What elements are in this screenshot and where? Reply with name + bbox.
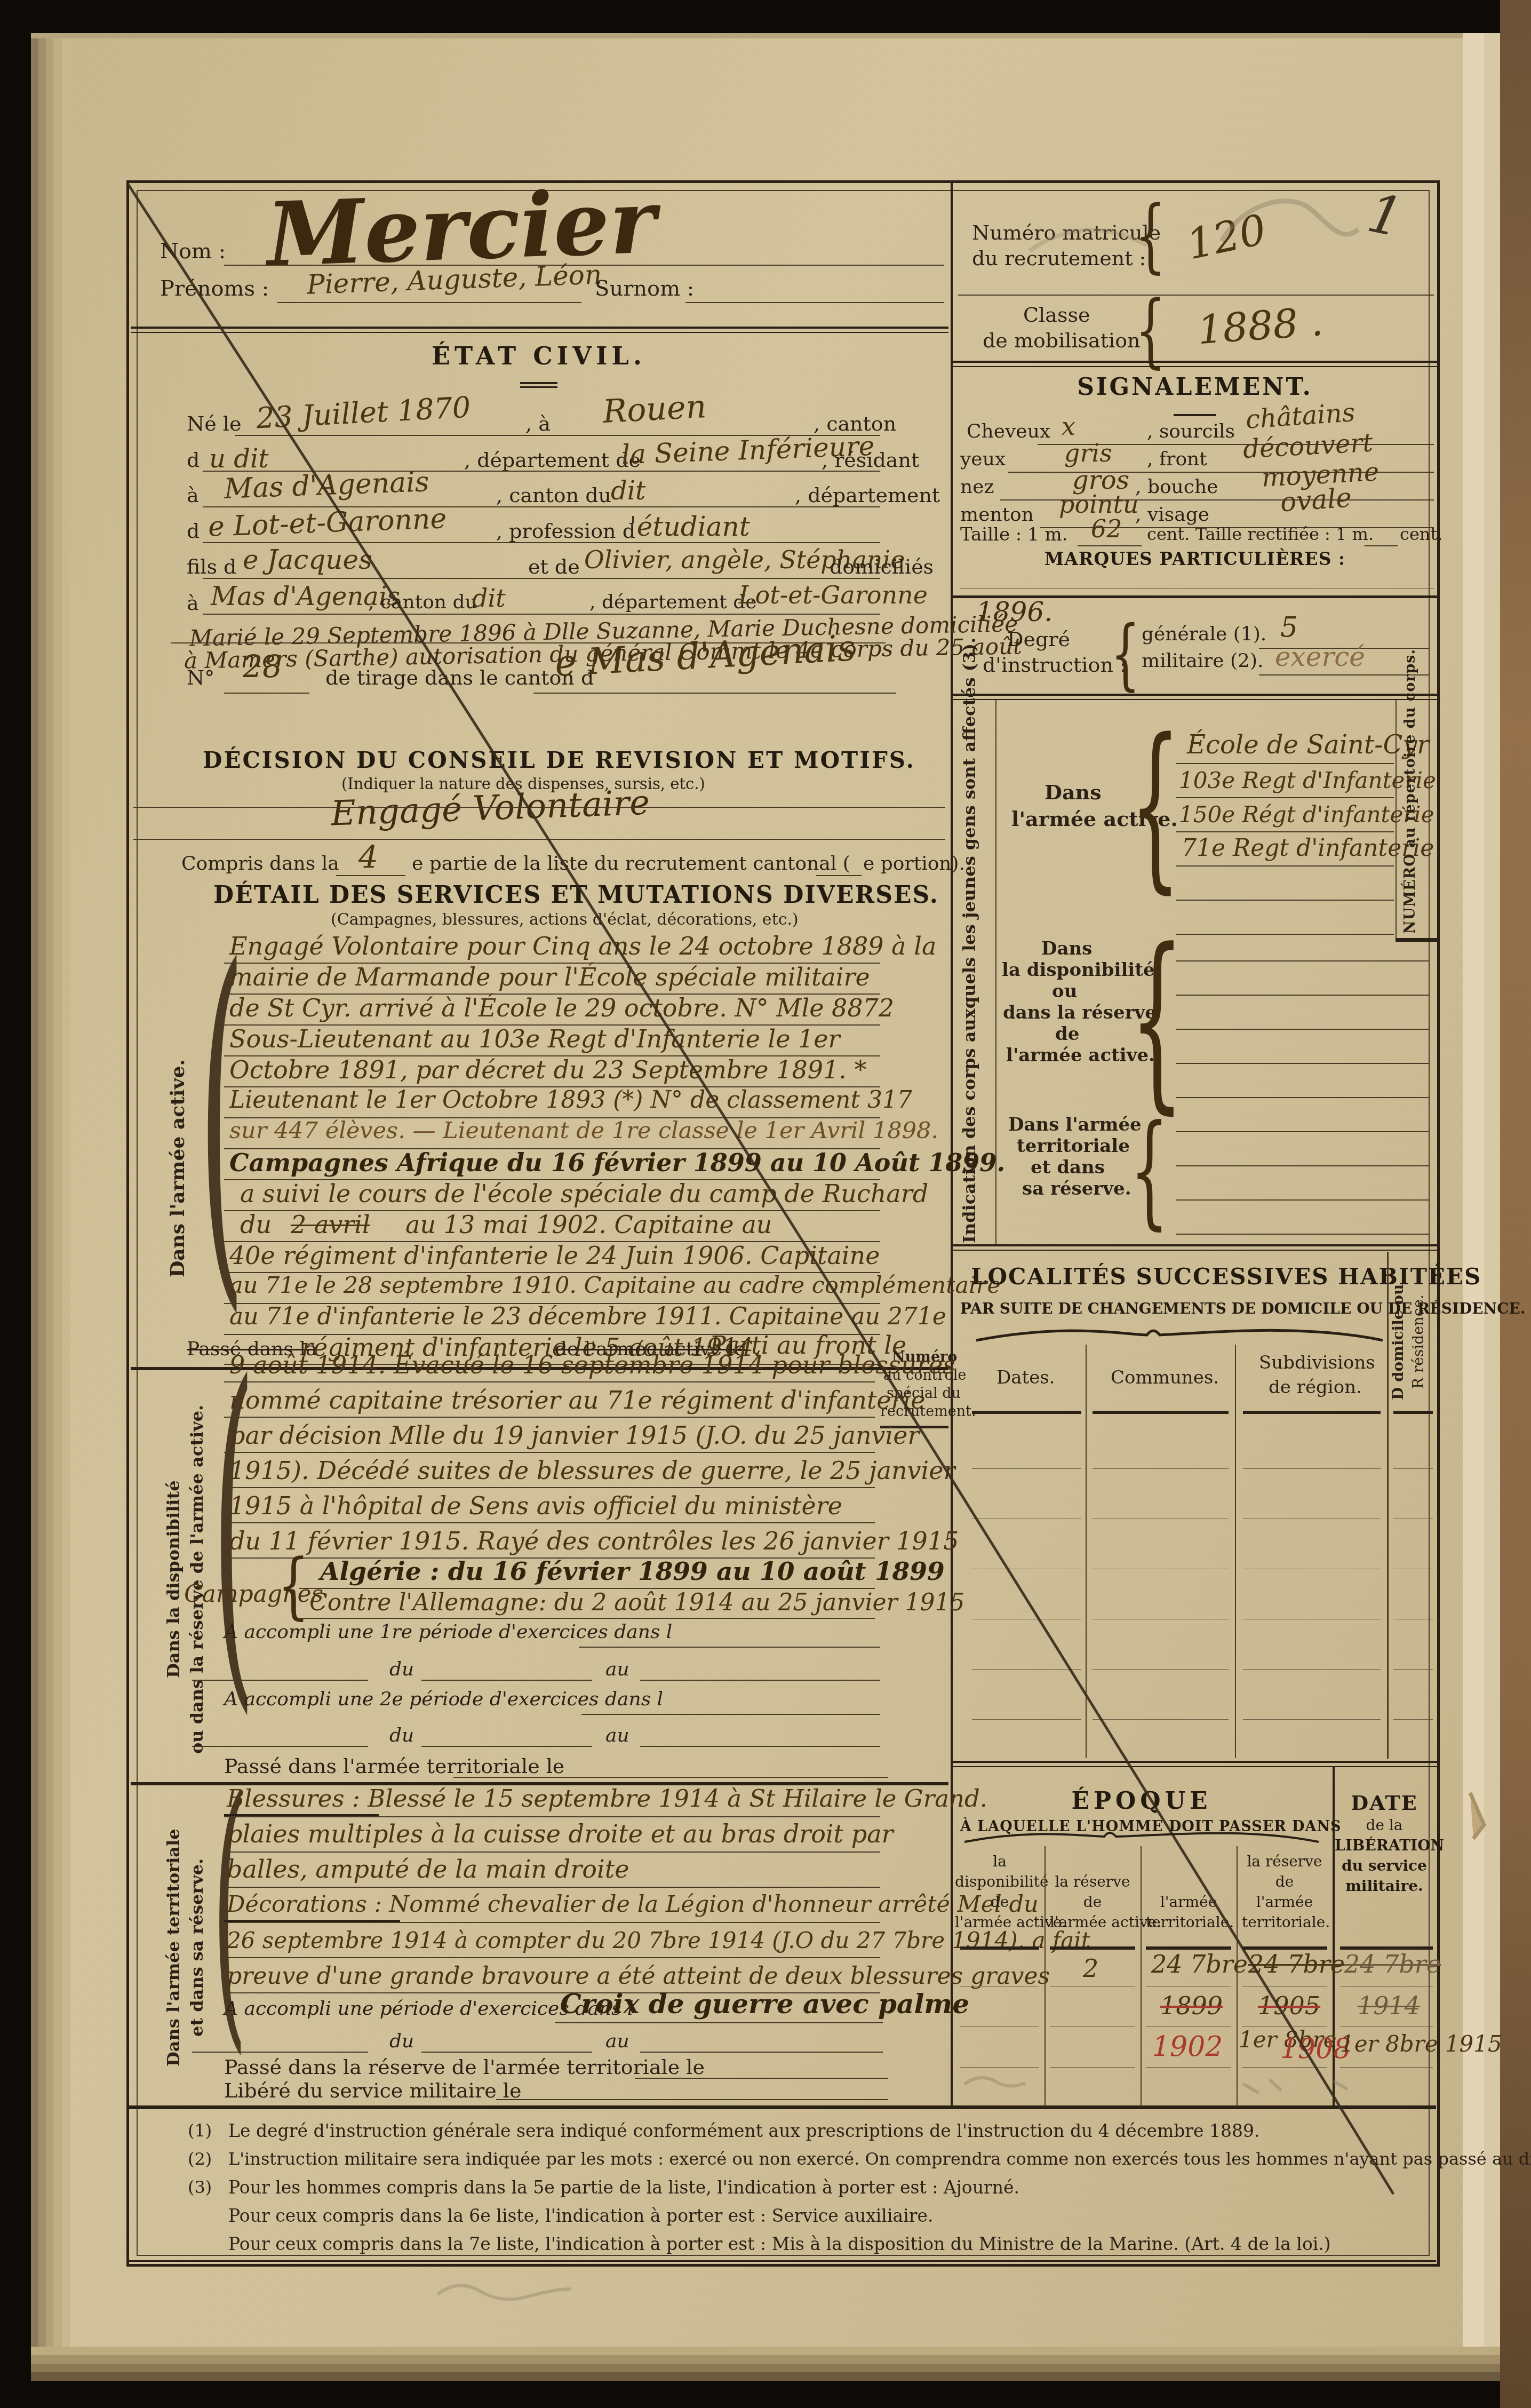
date-header-4: militaire. [1335, 1877, 1434, 1895]
sourcils-label: , sourcils [1147, 420, 1235, 442]
surnom-line [685, 302, 944, 303]
terr-line: balles, amputé de la main droite [227, 1855, 629, 1884]
localites-vline-dr [1387, 1252, 1389, 1759]
corps-rule [1176, 960, 1430, 961]
campagne-rule [299, 1618, 875, 1619]
epoque-row-line [960, 2067, 1039, 2068]
canton-value: u dit [209, 444, 269, 474]
localites-subtitle: PAR SUITE DE CHANGEMENTS DE DOMICILE OU … [960, 1300, 1382, 1317]
corps-rule [1176, 1063, 1430, 1064]
libere-label: Libéré du service militaire le [224, 2079, 521, 2102]
dispo-rule [224, 1417, 875, 1418]
epoque-r1c4: 24 7bre [1248, 1950, 1345, 1978]
sign-rule [1078, 545, 1142, 546]
signalement-title: SIGNALEMENT. [1014, 373, 1376, 401]
date-header-2: LIBÉRATION [1335, 1837, 1434, 1854]
localites-header-underline [972, 1411, 1081, 1414]
epoque-r1c5: 24 7bre [1344, 1950, 1441, 1978]
note-1896: 1896. [976, 597, 1052, 627]
epoque-header-underline [1050, 1946, 1135, 1950]
field-line [581, 1714, 880, 1715]
matricule-label-2: du recrutement : [972, 247, 1146, 270]
passe-territoriale-label: Passé dans l'armée territoriale le [224, 1754, 564, 1778]
dept-prefix: d [187, 519, 200, 543]
corps-vertical-label: Indication des corps auxquels les jeunes… [959, 710, 979, 1243]
du3-label: du [389, 2030, 414, 2052]
col-dr-1: D domicile ou [1389, 1259, 1407, 1425]
epoque-row-line [1340, 2067, 1433, 2068]
epoque-r2c4: 1905 [1258, 1991, 1320, 2020]
cheveux-label: Cheveux [967, 420, 1050, 442]
numero-corps-rule [1396, 700, 1397, 938]
epoque-vline [1044, 1846, 1046, 2107]
epoque-header-underline [960, 1946, 1039, 1950]
terr-rule [224, 1851, 880, 1853]
localites-row-line [1243, 1569, 1381, 1569]
localites-row-line [972, 1569, 1081, 1569]
corps-dispo-label-0: Dans [1041, 938, 1092, 959]
page-bottom-edge [31, 2364, 1500, 2372]
localites-row-line [1393, 1669, 1433, 1670]
field-line [192, 2052, 368, 2053]
localites-row-line [1093, 1468, 1229, 1469]
fils-de-label: fils d [187, 555, 236, 578]
field-line [453, 1777, 888, 1778]
corps-terr-label-1: territoriale [1017, 1135, 1130, 1157]
localites-row-line [1393, 1519, 1433, 1519]
page-bottom-edge [31, 2347, 1500, 2355]
canton3-label: , canton du [368, 591, 477, 613]
degre-label-2: d'instruction : [983, 653, 1127, 677]
localites-row-line [1093, 1569, 1229, 1569]
dispo-line: par décision Mlle du 19 janvier 1915 (J.… [229, 1421, 919, 1450]
localites-header-underline [1393, 1411, 1433, 1414]
sign-rule [1365, 545, 1398, 546]
footnote-1-num: (1) [188, 2120, 212, 2141]
militaire-value: exercé [1275, 641, 1365, 672]
epoque-r2c3: 1899 [1160, 1991, 1223, 2020]
localites-header-underline [1243, 1411, 1381, 1414]
localites-row-line [972, 1519, 1081, 1519]
militaire-label: militaire (2). [1142, 650, 1264, 672]
footnote-top-border [129, 2105, 1436, 2109]
dispo-line: du 11 février 1915. Rayé des contrôles l… [229, 1527, 959, 1555]
epoque-row-line [1146, 2067, 1231, 2068]
matricule-brace: { [1135, 204, 1166, 268]
field-line [533, 693, 896, 694]
epoque-row-line [1146, 2026, 1231, 2027]
domicilies-label: domiciliés [830, 555, 934, 578]
armee-active-side-label: Dans l'armée active. [166, 982, 189, 1355]
page-stack-edge [46, 33, 53, 2347]
bottom-border-thin [129, 2260, 1436, 2262]
epoque-row-line [1146, 1986, 1231, 1986]
localites-top-border [953, 1244, 1438, 1246]
dispo-line: nommé capitaine trésorier au 71e régimen… [229, 1386, 926, 1414]
tirage-canton-label: de tirage dans le canton d [325, 666, 594, 689]
date-header-3: du service [1335, 1857, 1434, 1874]
localites-top-border-2 [953, 1250, 1438, 1251]
service-line: a suivi le cours de l'école spéciale du … [240, 1179, 928, 1208]
column-divider [951, 181, 953, 2108]
binding-gutter [1500, 0, 1531, 2408]
generale-label: générale (1). [1142, 623, 1266, 645]
canton-du-label: , canton du [496, 483, 611, 507]
classe-divider-2 [953, 366, 1438, 367]
instruction-divider [953, 694, 1438, 696]
service-line: Sous-Lieutenant au 103e Regt d'Infanteri… [229, 1024, 840, 1053]
epoque-r3c3: 1902 [1152, 2031, 1223, 2063]
service-line: au 71e le 28 septembre 1910. Capitaine a… [229, 1272, 1001, 1299]
epoque-col1-3: l'armée active. [955, 1913, 1044, 1931]
epoque-row-line [1050, 2026, 1135, 2027]
field-line [336, 875, 405, 876]
instruction-divider-2 [953, 699, 1438, 700]
dispo-rule [224, 1452, 875, 1453]
epoque-row-line [960, 2026, 1039, 2027]
periode2-label: A accompli une 2e période d'exercices da… [224, 1688, 663, 1710]
decision-title: DÉCISION DU CONSEIL DE REVISION ET MOTIF… [203, 747, 875, 773]
field-line [133, 839, 945, 840]
localites-row-line [972, 1719, 1081, 1720]
footnote-3-num: (3) [188, 2177, 212, 2197]
classe-label-2: de mobilisation : [983, 329, 1153, 352]
dispo-line: 1915 à l'hôpital de Sens avis officiel d… [229, 1491, 842, 1520]
epoque-col4-2: l'armée [1242, 1893, 1327, 1911]
corps-rule [1176, 995, 1430, 996]
footnote-3: Pour les hommes compris dans la 5e parti… [228, 2177, 1019, 2198]
terr-line: plaies multiples à la cuisse droite et a… [227, 1819, 894, 1848]
corps-rule [1176, 831, 1394, 832]
terr-rule [224, 1957, 880, 1958]
service-line: Lieutenant le 1er Octobre 1893 (*) N° de… [229, 1086, 912, 1114]
epoque-col2-2: l'armée active. [1050, 1913, 1135, 1931]
page-stack-edge [31, 33, 38, 2347]
corps-rule [1176, 1131, 1430, 1132]
localites-title: LOCALITÉS SUCCESSIVES HABITÉES [971, 1263, 1376, 1290]
localites-row-line [1393, 1468, 1433, 1469]
localites-row-line [972, 1619, 1081, 1619]
pere-value: e Jacques [243, 544, 372, 575]
bouche-label: , bouche [1135, 476, 1218, 498]
nez-label: nez [960, 476, 994, 498]
corps-rule [1176, 1165, 1430, 1166]
localites-row-line [1393, 1619, 1433, 1619]
degre-label-1: Degré [1007, 627, 1070, 651]
yeux-label: yeux [960, 448, 1006, 470]
epoque-vline [1141, 1846, 1142, 2107]
terr-line: preuve d'une grande bravoure a été attei… [227, 1962, 1050, 1990]
periode1-label: A accompli une 1re période d'exercices d… [224, 1621, 672, 1643]
epoque-row-line [1242, 1986, 1327, 1986]
localites-row-line [1243, 1468, 1381, 1469]
service-line: sur 447 élèves. — Lieutenant de 1re clas… [229, 1117, 938, 1144]
corps-rule [1176, 1199, 1430, 1201]
localites-row-line [972, 1669, 1081, 1670]
field-line [192, 1680, 368, 1681]
classe-value: 1888 . [1196, 299, 1325, 353]
localites-vline [1235, 1345, 1236, 1758]
croix-de-guerre-value: Croix de guerre avec palme [560, 1988, 969, 2020]
field-line [640, 1746, 880, 1747]
numero-corps-vertical: NUMÉRO au répertoire du corps. [1402, 726, 1418, 934]
page-bottom-edge [31, 2355, 1500, 2364]
corps-rule [1176, 934, 1394, 935]
taille-label-a: Taille : 1 m. [960, 524, 1068, 545]
naissance-lieu: Rouen [602, 388, 707, 431]
menton-label: menton [960, 504, 1034, 526]
footnote-2: L'instruction militaire sera indiquée pa… [228, 2149, 1531, 2169]
epoque-title: ÉPOQUE [960, 1787, 1323, 1815]
dispo-rule [224, 1381, 875, 1382]
epoque-col3-0: l'armée [1146, 1893, 1231, 1911]
localites-row-line [1243, 1719, 1381, 1720]
numero-corps-stub [1396, 938, 1438, 942]
reserve-terr-label: Passé dans la réserve de l'armée territo… [224, 2055, 705, 2079]
departement-label: , département de [464, 448, 641, 472]
tirage-value: 28 [243, 648, 282, 685]
localites-row-line [1093, 1719, 1229, 1720]
field-line [133, 807, 945, 808]
corps-dispo-label-4: de [1055, 1023, 1079, 1045]
a-label: , à [525, 412, 551, 435]
epoque-r1c3: 24 7bre [1151, 1950, 1248, 1978]
marques-label: MARQUES PARTICULIÈRES : [1014, 549, 1376, 569]
corps-rule [1176, 1234, 1430, 1235]
identity-divider-2 [131, 332, 948, 333]
classe-divider [953, 361, 1438, 363]
localites-row-line [972, 1468, 1081, 1469]
epoque-col2-1: de [1050, 1893, 1135, 1911]
epoque-col1-0: la [955, 1853, 1044, 1870]
footnote-5: Pour ceux compris dans la 7e liste, l'in… [228, 2234, 1331, 2254]
services-subtitle: (Campagnes, blessures, actions d'éclat, … [331, 910, 799, 929]
page-bottom-edge [31, 2372, 1500, 2381]
col-dr-2: R résidence. [1409, 1259, 1427, 1425]
dispo-corps-brace: { [1130, 943, 1184, 1096]
date-header-0: DATE [1335, 1791, 1434, 1815]
corps-terr-label-3: sa réserve. [1022, 1178, 1131, 1199]
localites-row-line [1093, 1669, 1229, 1670]
epoque-r1c2: 2 [1083, 1954, 1098, 1983]
dispo-rule [224, 1487, 875, 1488]
taille-label-c: cent. [1400, 524, 1443, 544]
service-line-struck: 2 avril [291, 1210, 370, 1239]
field-line [958, 295, 1434, 296]
epoque-row-line [1340, 2026, 1433, 2027]
corps-dispo-label-2: ou [1052, 981, 1077, 1002]
localites-row-line [1393, 1569, 1433, 1569]
field-line [421, 1680, 592, 1681]
au2-label: au [605, 1724, 629, 1746]
ne-le-label: Né le [187, 412, 241, 435]
field-line [496, 2099, 888, 2100]
surnom-label: Surnom : [595, 276, 694, 301]
service-line-du: du [240, 1210, 272, 1239]
epoque-subtitle: À LAQUELLE L'HOMME DOIT PASSER DANS [960, 1818, 1323, 1835]
au-label: au [605, 1658, 629, 1680]
campagne-allemagne: Contre l'Allemagne: du 2 août 1914 au 25… [309, 1589, 965, 1616]
epoque-row-line [1050, 1986, 1135, 1986]
campagne-algerie: Algérie : du 16 février 1899 au 10 août … [320, 1557, 945, 1586]
page-top-edge [31, 33, 1499, 38]
canton-prefix: d [187, 448, 200, 472]
field-line [203, 578, 880, 579]
col-communes: Communes. [1111, 1367, 1219, 1388]
profession-label: , profession d [496, 519, 635, 543]
taille-label-b: cent. Taille rectifiée : 1 m. [1147, 524, 1374, 544]
compris-label-c: e portion). [863, 853, 965, 875]
epoque-r3c5: 1er 8bre 1915 [1340, 2031, 1502, 2057]
taille-value: 62 [1091, 514, 1122, 543]
footnote-1: Le degré d'instruction générale sera ind… [228, 2120, 1260, 2141]
field-line [421, 1746, 592, 1747]
epoque-col1-2: de [955, 1893, 1044, 1911]
corps-terr-label-2: et dans [1031, 1157, 1105, 1178]
cheveux-value: x [1062, 412, 1075, 441]
localites-row-line [1243, 1669, 1381, 1670]
prenoms-label: Prénoms : [160, 276, 269, 301]
terr-rule [224, 1922, 880, 1923]
service-line: de St Cyr. arrivé à l'École le 29 octobr… [229, 994, 894, 1022]
yeux-value: gris [1064, 439, 1112, 467]
service-line: Octobre 1891, par décret du 23 Septembre… [229, 1055, 866, 1084]
page-stack-edge [38, 33, 46, 2347]
dispo-rule [224, 1522, 875, 1523]
scanned-register-page: Nom : Mercier Prénoms : Pierre, Auguste,… [0, 0, 1531, 2408]
corps-rule [1176, 797, 1394, 798]
service-line: au 13 mai 1902. Capitaine au [405, 1210, 772, 1239]
armee-active-label-1: Dans [1044, 780, 1102, 804]
terr-rule [224, 1816, 880, 1817]
page-stack-edge [62, 33, 70, 2347]
generale-value: 5 [1280, 611, 1298, 643]
field-line [640, 2052, 883, 2053]
epoque-row-line [1242, 2067, 1327, 2068]
corps-rule [1176, 865, 1394, 867]
etat-civil-title: ÉTAT CIVIL. [224, 341, 854, 370]
nom-label: Nom : [160, 239, 226, 264]
epoque-row-line [1340, 1986, 1433, 1986]
page-curl [1484, 33, 1500, 2347]
page-curl [1463, 33, 1484, 2347]
footnote-4: Pour ceux compris dans la 6e liste, l'in… [228, 2205, 934, 2226]
field-line [555, 2022, 883, 2023]
terr-line: Décorations : Nommé chevalier de la Légi… [227, 1891, 1039, 1918]
departement2-label: , département [795, 483, 940, 507]
identity-divider [131, 327, 948, 329]
profession-value: 'étudiant [629, 511, 750, 542]
field-line [640, 1680, 880, 1681]
dept3-value: Lot-et-Garonne [739, 581, 928, 609]
terr-rule [224, 1887, 880, 1888]
epoque-col4-1: de [1242, 1873, 1327, 1890]
epoque-col2-0: la réserve [1050, 1873, 1135, 1890]
degre-brace: { [1111, 623, 1140, 685]
sign-rule [960, 588, 1434, 589]
field-line [224, 693, 309, 694]
du-label: du [389, 1658, 414, 1680]
classe-label-1: Classe [1023, 303, 1090, 327]
field-line [635, 2078, 888, 2079]
classe-brace: { [1135, 299, 1166, 363]
footnote-2-num: (2) [188, 2149, 212, 2169]
service-line: Engagé Volontaire pour Cinq ans le 24 oc… [229, 932, 936, 960]
visage-value: ovale [1279, 482, 1352, 518]
epoque-row-line [1050, 2067, 1135, 2068]
corps-rule [1176, 900, 1394, 901]
campagnes-brace: { [277, 1557, 309, 1615]
visage-label: , visage [1135, 504, 1209, 526]
localites-row-line [1093, 1619, 1229, 1619]
corps-vertical-rule [995, 700, 996, 1244]
matricule-label-1: Numéro matricule [972, 221, 1161, 244]
title-ornament [520, 382, 557, 384]
residant-label: , résidant [822, 448, 919, 472]
localites-row-line [1243, 1619, 1381, 1619]
corps-terr-label-0: Dans l'armée [1008, 1114, 1142, 1135]
col-subdiv-1: Subdivisions [1259, 1352, 1375, 1373]
epoque-col1-1: disponibilité [955, 1873, 1044, 1890]
corps-rule [1176, 1097, 1430, 1098]
field-line [579, 1647, 880, 1648]
service-line: au 71e d'infanterie le 23 décembre 1911.… [229, 1303, 946, 1330]
corps-rule [1176, 1029, 1430, 1030]
et-de-label: et de [528, 555, 580, 578]
active-brace: { [1130, 734, 1181, 877]
compris-label-b: e partie de la liste du recrutement cant… [412, 853, 850, 875]
service-line: Campagnes Afrique du 16 février 1899 au … [229, 1148, 1005, 1177]
service-line: 40e régiment d'infanterie le 24 Juin 190… [229, 1241, 880, 1270]
field-line [421, 2052, 592, 2053]
localites-row-line [1243, 1519, 1381, 1519]
localites-row-line [1093, 1519, 1229, 1519]
field-line [816, 875, 862, 876]
epoque-row-line [960, 1986, 1039, 1986]
title-ornament [1174, 414, 1216, 416]
canton-du-value: dit [611, 476, 645, 506]
date-header-1: de la [1335, 1816, 1434, 1834]
service-line: mairie de Marmande pour l'École spéciale… [229, 963, 870, 991]
dept3-label: , département de [589, 591, 757, 613]
col-dates: Dates. [996, 1367, 1055, 1388]
corps-entry: École de Saint-Cyr [1187, 730, 1429, 760]
localites-header-underline [1093, 1411, 1229, 1414]
compris-label-a: Compris dans la [181, 853, 339, 875]
col-subdiv-2: de région. [1269, 1377, 1362, 1398]
localites-vline [1086, 1345, 1087, 1758]
terr-corps-brace: { [1130, 1120, 1169, 1219]
epoque-col4-3: territoriale. [1242, 1913, 1327, 1931]
dispo-line: 9 août 1914. Évacué le 16 septembre 1914… [229, 1350, 955, 1379]
dispo-side-label-2: ou dans la réserve de l'armée active. [187, 1387, 207, 1771]
terr-side-label-1: Dans l'armée territoriale [163, 1798, 184, 2097]
numero-tirage-label: N° [187, 666, 214, 689]
corps-rule [1176, 763, 1394, 764]
dispo-line: 1915). Décédé suites de blessures de gue… [229, 1456, 955, 1485]
du2-label: du [389, 1724, 414, 1746]
corps-entry: 103e Regt d'Infanterie [1179, 767, 1436, 793]
epoque-top-border-2 [953, 1766, 1438, 1767]
epoque-col3-1: territoriale. [1146, 1913, 1231, 1931]
au3-label: au [605, 2030, 629, 2052]
domicile-prefix: à [187, 591, 199, 615]
prenoms-line [277, 302, 581, 303]
field-line [203, 542, 880, 543]
front-label: , front [1147, 448, 1207, 470]
terr-line: Blessures : Blessé le 15 septembre 1914 … [227, 1784, 987, 1813]
page-stack-edge [53, 33, 62, 2347]
